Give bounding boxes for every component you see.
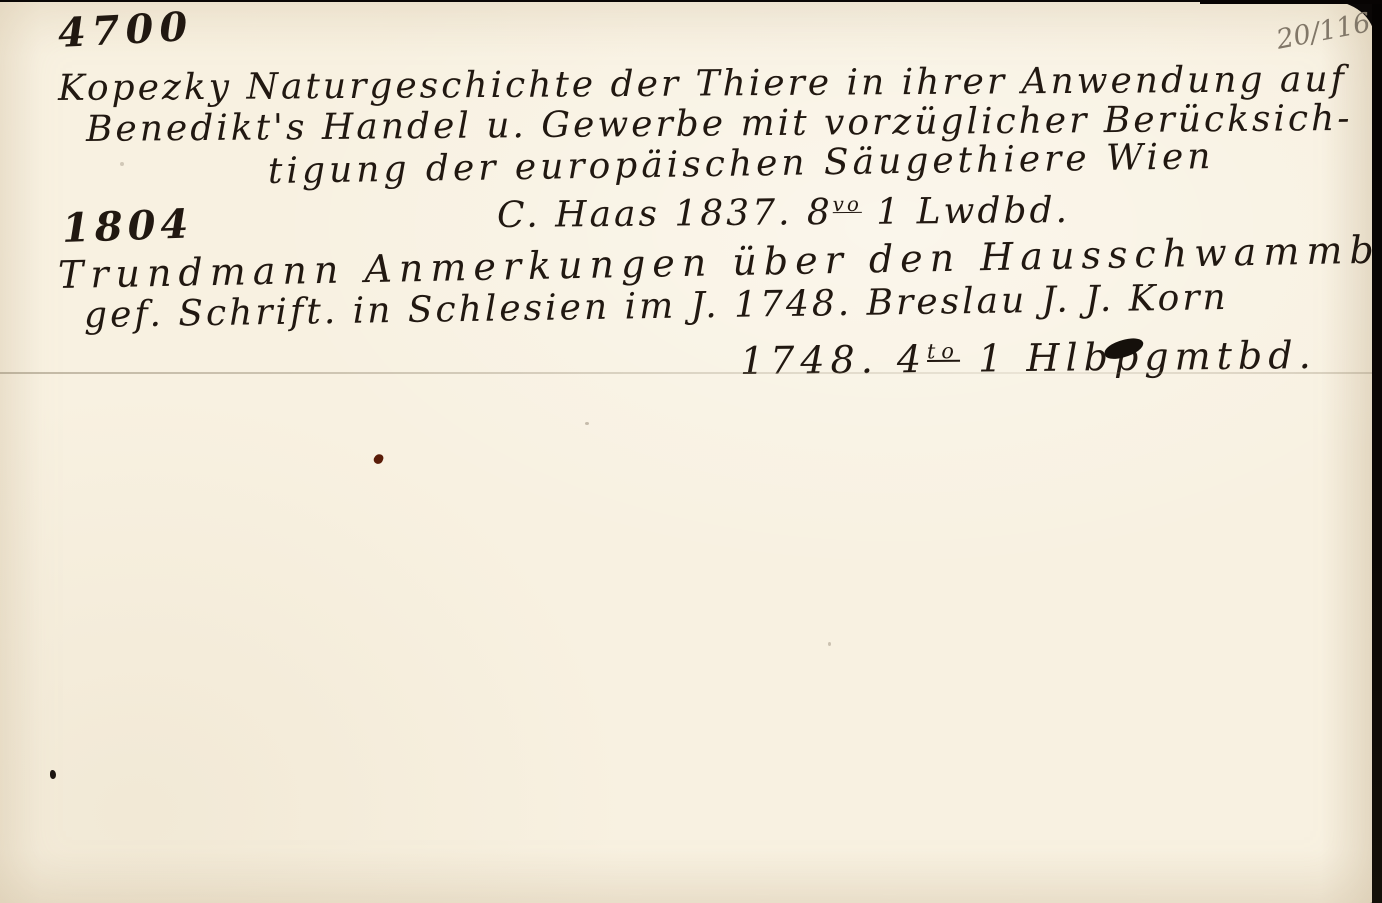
- scanner-background-edge: [1372, 0, 1382, 903]
- catalog-card: 4700 Kopezky Naturgeschichte der Thiere …: [0, 2, 1376, 903]
- paper-speck: [120, 162, 124, 166]
- paper-speck: [828, 642, 831, 646]
- paper-speck: [50, 770, 56, 779]
- entry1-binding-text: 1 Lwdbd.: [862, 190, 1070, 233]
- paper-speck: [585, 422, 589, 425]
- paper-crease-line: [0, 372, 1376, 374]
- pencil-archive-mark: 20/116: [1274, 7, 1373, 56]
- catalog-number: 4700: [57, 3, 195, 57]
- entry2-imprint-line: 1748. 4to 1 Hlbpgmtbd.: [740, 333, 1317, 383]
- paper-speck: [373, 453, 385, 465]
- entry1-imprint-text: C. Haas 1837. 8: [497, 192, 833, 236]
- entry1-format-superscript: vo: [833, 193, 862, 216]
- entry1-imprint-line: C. Haas 1837. 8vo 1 Lwdbd.: [497, 190, 1070, 236]
- entry2-imprint-text: 1748. 4: [740, 337, 927, 383]
- entry2-format-superscript: to: [927, 339, 960, 363]
- scanner-background-top-edge: [1200, 0, 1382, 4]
- year-label: 1804: [61, 200, 194, 252]
